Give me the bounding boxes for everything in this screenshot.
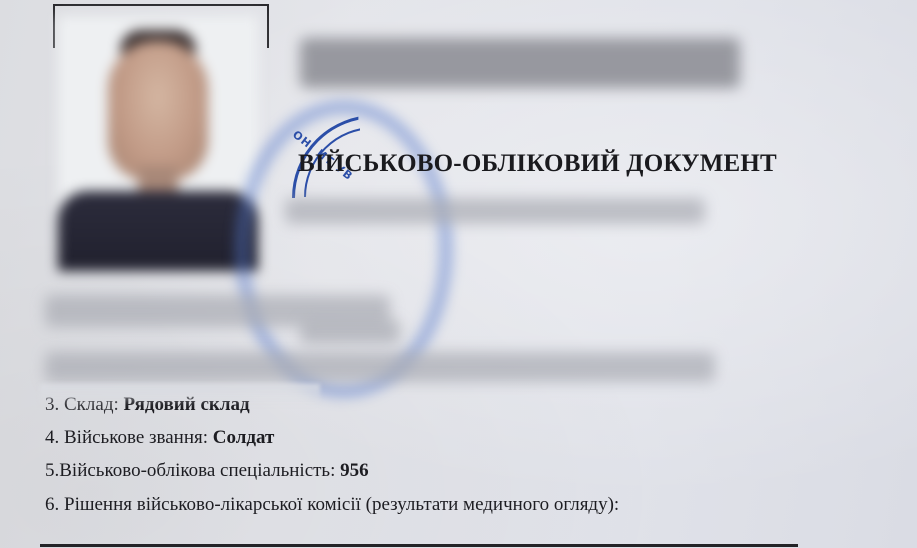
field-military-specialty: 5.Військово-облікова спеціальність: 956 [45, 460, 369, 482]
field-label: 4. Військове звання: [45, 427, 213, 448]
fill-in-line [40, 544, 798, 547]
field-value: Солдат [213, 427, 275, 448]
redacted-document-number [285, 198, 705, 224]
redacted-field-2 [45, 352, 715, 382]
redacted-full-name [300, 38, 740, 88]
redacted-photo [58, 16, 258, 271]
field-label: 5.Військово-облікова спеціальність: [45, 460, 340, 481]
document-title: ВІЙСЬКОВО-ОБЛІКОВИЙ ДОКУМЕНТ [298, 150, 777, 178]
field-value: 956 [340, 460, 369, 481]
field-military-rank: 4. Військове звання: Солдат [45, 427, 274, 449]
field-medical-commission: 6. Рішення військово-лікарської комісії … [45, 494, 619, 516]
stamp-overlap-fade [40, 384, 320, 406]
redacted-field-1b [300, 320, 400, 344]
field-label: 6. Рішення військово-лікарської комісії … [45, 494, 619, 515]
photo-clothing [58, 191, 258, 271]
photo-face [108, 41, 208, 181]
